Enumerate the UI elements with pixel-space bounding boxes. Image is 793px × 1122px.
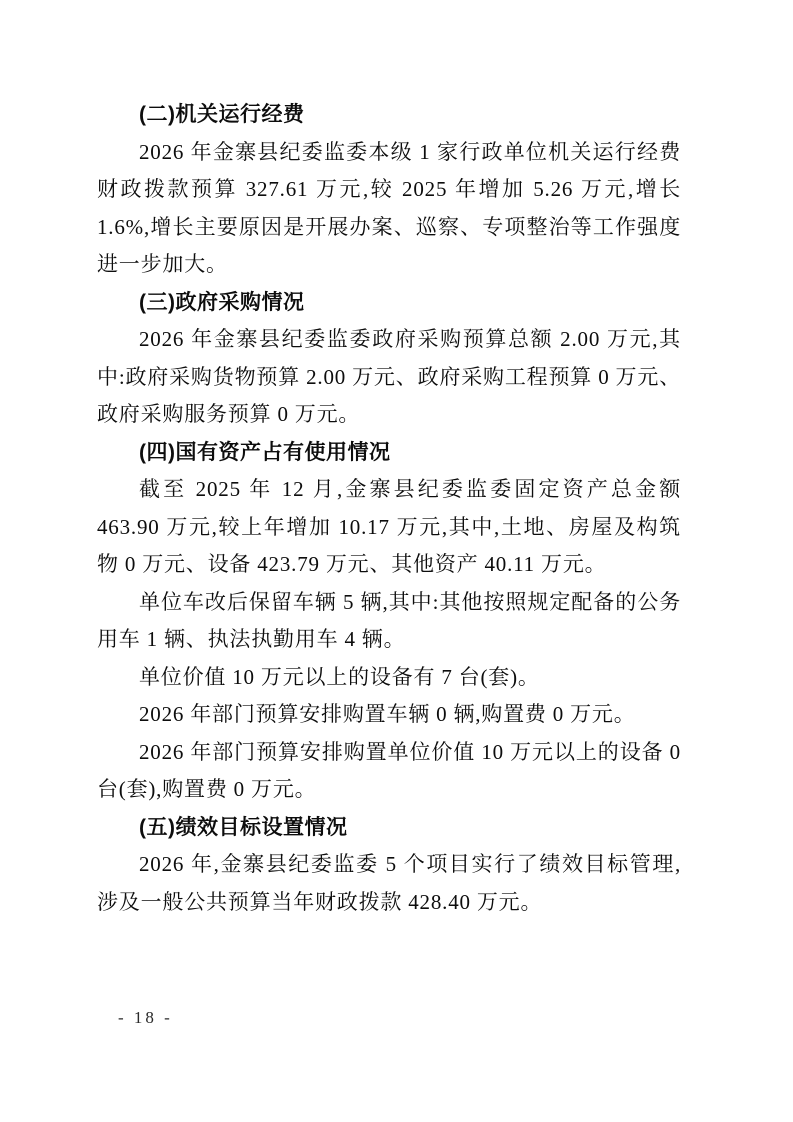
section-heading-5: (五)绩效目标设置情况 — [97, 809, 681, 847]
document-page: (二)机关运行经费 2026 年金寨县纪委监委本级 1 家行政单位机关运行经费财… — [0, 0, 793, 1122]
paragraph-vehicle-purchase-budget: 2026 年部门预算安排购置车辆 0 辆,购置费 0 万元。 — [97, 696, 681, 734]
paragraph-high-value-equipment: 单位价值 10 万元以上的设备有 7 台(套)。 — [97, 659, 681, 697]
paragraph-performance-targets: 2026 年,金寨县纪委监委 5 个项目实行了绩效目标管理,涉及一般公共预算当年… — [97, 846, 681, 921]
section-heading-3: (三)政府采购情况 — [97, 284, 681, 322]
document-body: (二)机关运行经费 2026 年金寨县纪委监委本级 1 家行政单位机关运行经费财… — [97, 96, 681, 921]
paragraph-agency-operating-funds: 2026 年金寨县纪委监委本级 1 家行政单位机关运行经费财政拨款预算 327.… — [97, 134, 681, 284]
paragraph-state-assets-total: 截至 2025 年 12 月,金寨县纪委监委固定资产总金额 463.90 万元,… — [97, 471, 681, 584]
page-number: - 18 - — [118, 1008, 173, 1028]
paragraph-government-procurement: 2026 年金寨县纪委监委政府采购预算总额 2.00 万元,其中:政府采购货物预… — [97, 321, 681, 434]
section-heading-4: (四)国有资产占有使用情况 — [97, 434, 681, 472]
paragraph-retained-vehicles: 单位车改后保留车辆 5 辆,其中:其他按照规定配备的公务用车 1 辆、执法执勤用… — [97, 584, 681, 659]
section-heading-2: (二)机关运行经费 — [97, 96, 681, 134]
paragraph-equipment-purchase-budget: 2026 年部门预算安排购置单位价值 10 万元以上的设备 0 台(套),购置费… — [97, 734, 681, 809]
